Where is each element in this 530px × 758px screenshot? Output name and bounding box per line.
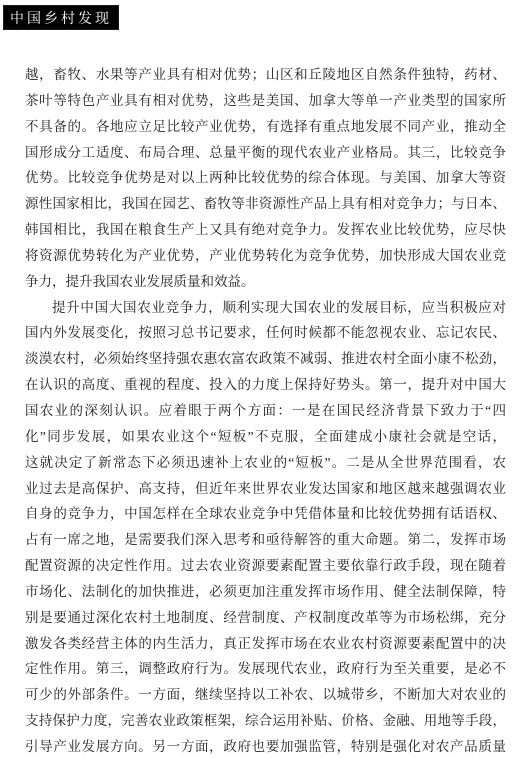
- text-line: 别是要通过深化农村土地制度、经营制度、产权制度改革等为市场松绑，充分: [25, 605, 506, 631]
- text-line: 国农业的深刻认识。应着眼于两个方面：一是在国民经济背景下致力于“四: [25, 398, 506, 424]
- text-line: 占有一席之地，是需要我们深入思考和亟待解答的重大命题。第二，发挥市场: [25, 527, 506, 553]
- text-line: 化”同步发展，如果农业这个“短板”不克服，全面建成小康社会就是空话，: [25, 424, 506, 450]
- text-line: 国形成分工适度、布局合理、总量平衡的现代农业产业格局。其三，比较竞争: [25, 140, 506, 166]
- text-line: 越，畜牧、水果等产业具有相对优势；山区和丘陵地区自然条件独特，药材、: [25, 62, 506, 88]
- paragraph: 越，畜牧、水果等产业具有相对优势；山区和丘陵地区自然条件独特，药材、茶叶等特色产…: [25, 62, 506, 295]
- text-line: 市场化、法制化的加快推进，必须更加注重发挥市场作用、健全法制保障，特: [25, 579, 506, 605]
- text-line: 将资源优势转化为产业优势，产业优势转化为竞争优势，加快形成大国农业竞: [25, 243, 506, 269]
- text-line: 激发各类经营主体的内生活力，真正发挥市场在农业农村资源要素配置中的决: [25, 631, 506, 657]
- text-line: 定性作用。第三，调整政府行为。发展现代农业，政府行为至关重要，是必不: [25, 656, 506, 682]
- text-line: 引导产业发展方向。另一方面，政府也要加强监管，特别是强化对农产品质量: [25, 734, 506, 758]
- text-line: 在认识的高度、重视的程度、投入的力度上保持好势头。第一，提升对中国大: [25, 372, 506, 398]
- text-line: 争力，提升我国农业发展质量和效益。: [25, 269, 506, 295]
- text-line: 可少的外部条件。一方面，继续坚持以工补农、以城带乡，不断加大对农业的: [25, 682, 506, 708]
- site-badge: 中国乡村发现: [3, 5, 119, 30]
- text-line: 这就决定了新常态下必须迅速补上农业的“短板”。二是从全世界范围看，农: [25, 450, 506, 476]
- text-line: 优势。比较竞争优势是对以上两种比较优势的综合体现。与美国、加拿大等资: [25, 165, 506, 191]
- paragraph: 提升中国大国农业竞争力，顺利实现大国农业的发展目标，应当积极应对国内外发展变化，…: [25, 295, 506, 758]
- text-line: 配置资源的决定性作用。过去农业资源要素配置主要依靠行政手段，现在随着: [25, 553, 506, 579]
- text-line: 韩国相比，我国在粮食生产上又具有绝对竞争力。发挥农业比较优势，应尽快: [25, 217, 506, 243]
- text-line: 淡漠农村，必须始终坚持强农惠农富农政策不减弱、推进农村全面小康不松劲，: [25, 346, 506, 372]
- text-line: 业过去是高保护、高支持，但近年来世界农业发达国家和地区越来越强调农业: [25, 476, 506, 502]
- article: 越，畜牧、水果等产业具有相对优势；山区和丘陵地区自然条件独特，药材、茶叶等特色产…: [25, 62, 506, 758]
- text-line: 茶叶等特色产业具有相对优势，这些是美国、加拿大等单一产业类型的国家所: [25, 88, 506, 114]
- text-line: 国内外发展变化，按照习总书记要求，任何时候都不能忽视农业、忘记农民、: [25, 320, 506, 346]
- text-line: 自身的竞争力，中国怎样在全球农业竞争中凭借体量和比较优势拥有话语权、: [25, 501, 506, 527]
- site-badge-label: 中国乡村发现: [10, 8, 112, 28]
- text-line: 支持保护力度，完善农业政策框架，综合运用补贴、价格、金融、用地等手段，: [25, 708, 506, 734]
- document-page: 中国乡村发现 越，畜牧、水果等产业具有相对优势；山区和丘陵地区自然条件独特，药材…: [0, 0, 530, 758]
- text-line: 提升中国大国农业竞争力，顺利实现大国农业的发展目标，应当积极应对: [25, 295, 506, 321]
- text-line: 源性国家相比，我国在园艺、畜牧等非资源性产品上具有相对竞争力；与日本、: [25, 191, 506, 217]
- text-line: 不具备的。各地应立足比较产业优势，有选择有重点地发展不同产业，推动全: [25, 114, 506, 140]
